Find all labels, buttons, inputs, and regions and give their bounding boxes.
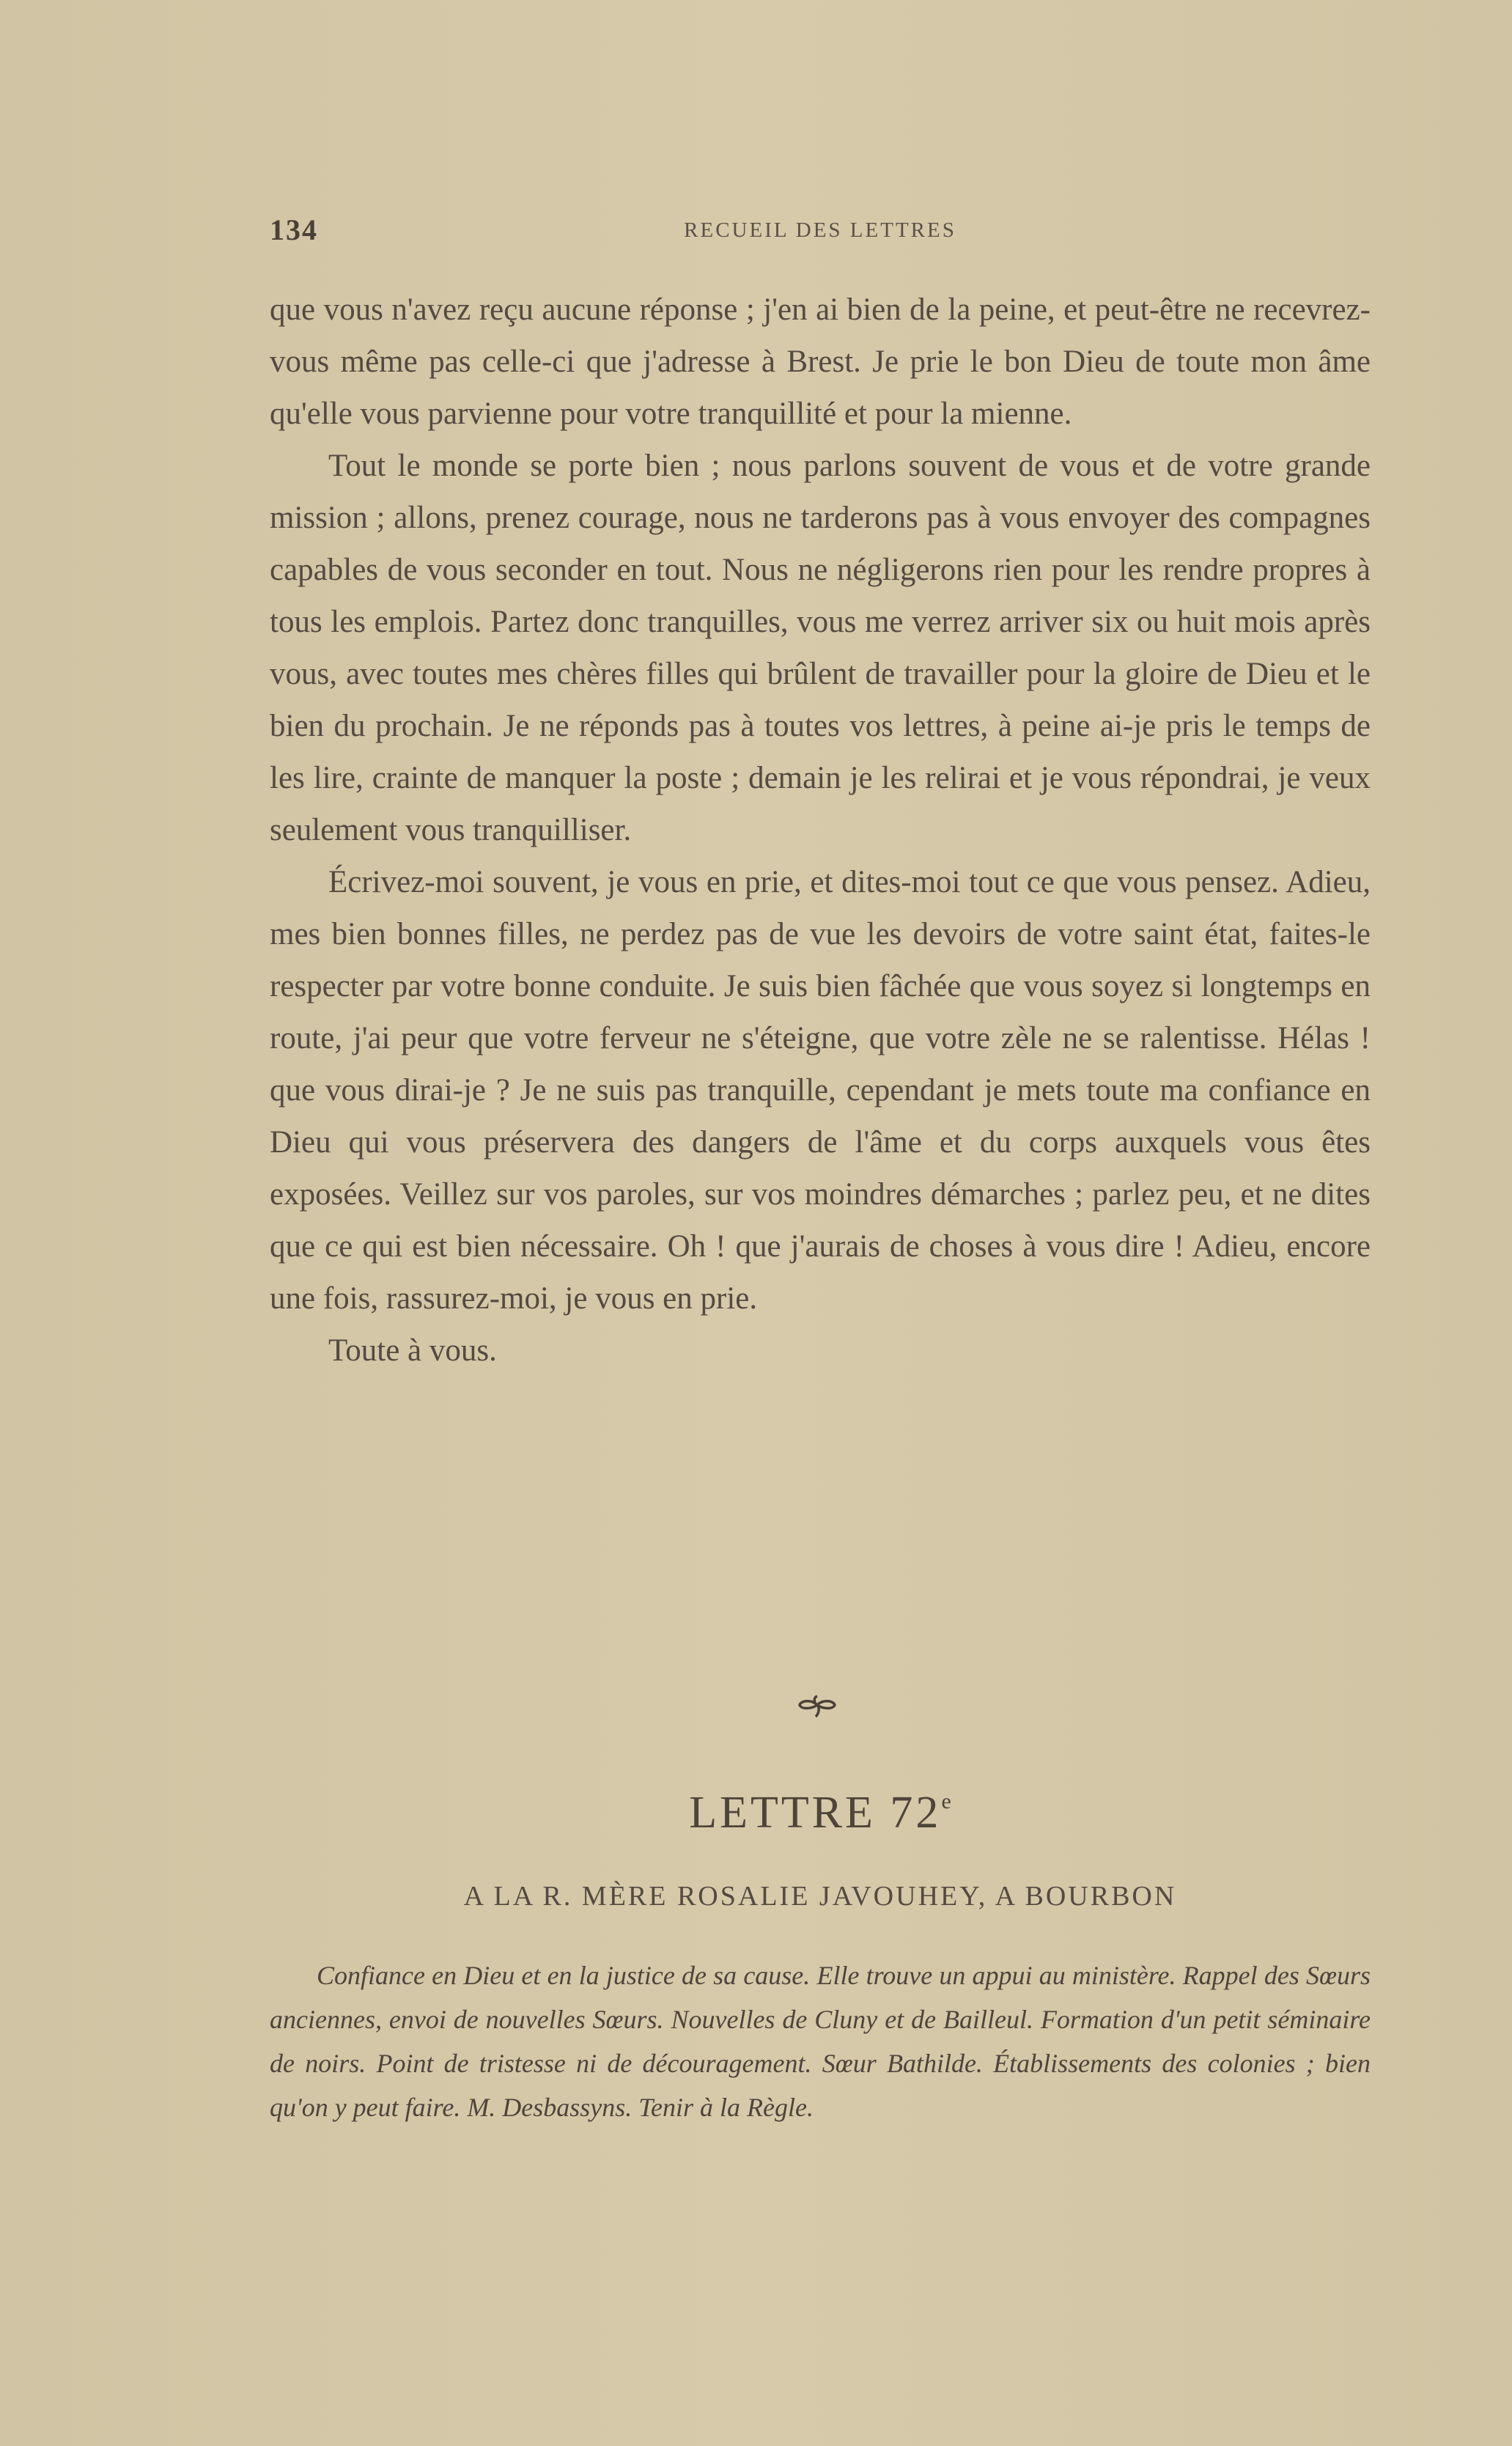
paragraph-continuation: que vous n'avez reçu aucune réponse ; j'… (270, 284, 1371, 440)
paragraph: Écrivez-moi souvent, je vous en prie, et… (270, 856, 1371, 1325)
letter-heading-text: LETTRE 72 (689, 1788, 941, 1838)
fleuron-icon (795, 1693, 839, 1723)
letter-body: que vous n'avez reçu aucune réponse ; j'… (270, 284, 1371, 1377)
book-page: 134 RECUEIL DES LETTRES que vous n'avez … (0, 0, 1512, 2446)
running-head: 134 RECUEIL DES LETTRES (270, 213, 1371, 249)
letter-summary: Confiance en Dieu et en la justice de sa… (270, 1953, 1371, 2129)
letter-heading-ordinal: e (941, 1789, 951, 1813)
letter-heading: LETTRE 72e (270, 1787, 1371, 1839)
closing-salutation: Toute à vous. (270, 1325, 1371, 1377)
letter-addressee: A LA R. MÈRE ROSALIE JAVOUHEY, A BOURBON (270, 1880, 1371, 1912)
running-title: RECUEIL DES LETTRES (270, 218, 1371, 243)
paragraph: Tout le monde se porte bien ; nous parlo… (270, 440, 1371, 856)
